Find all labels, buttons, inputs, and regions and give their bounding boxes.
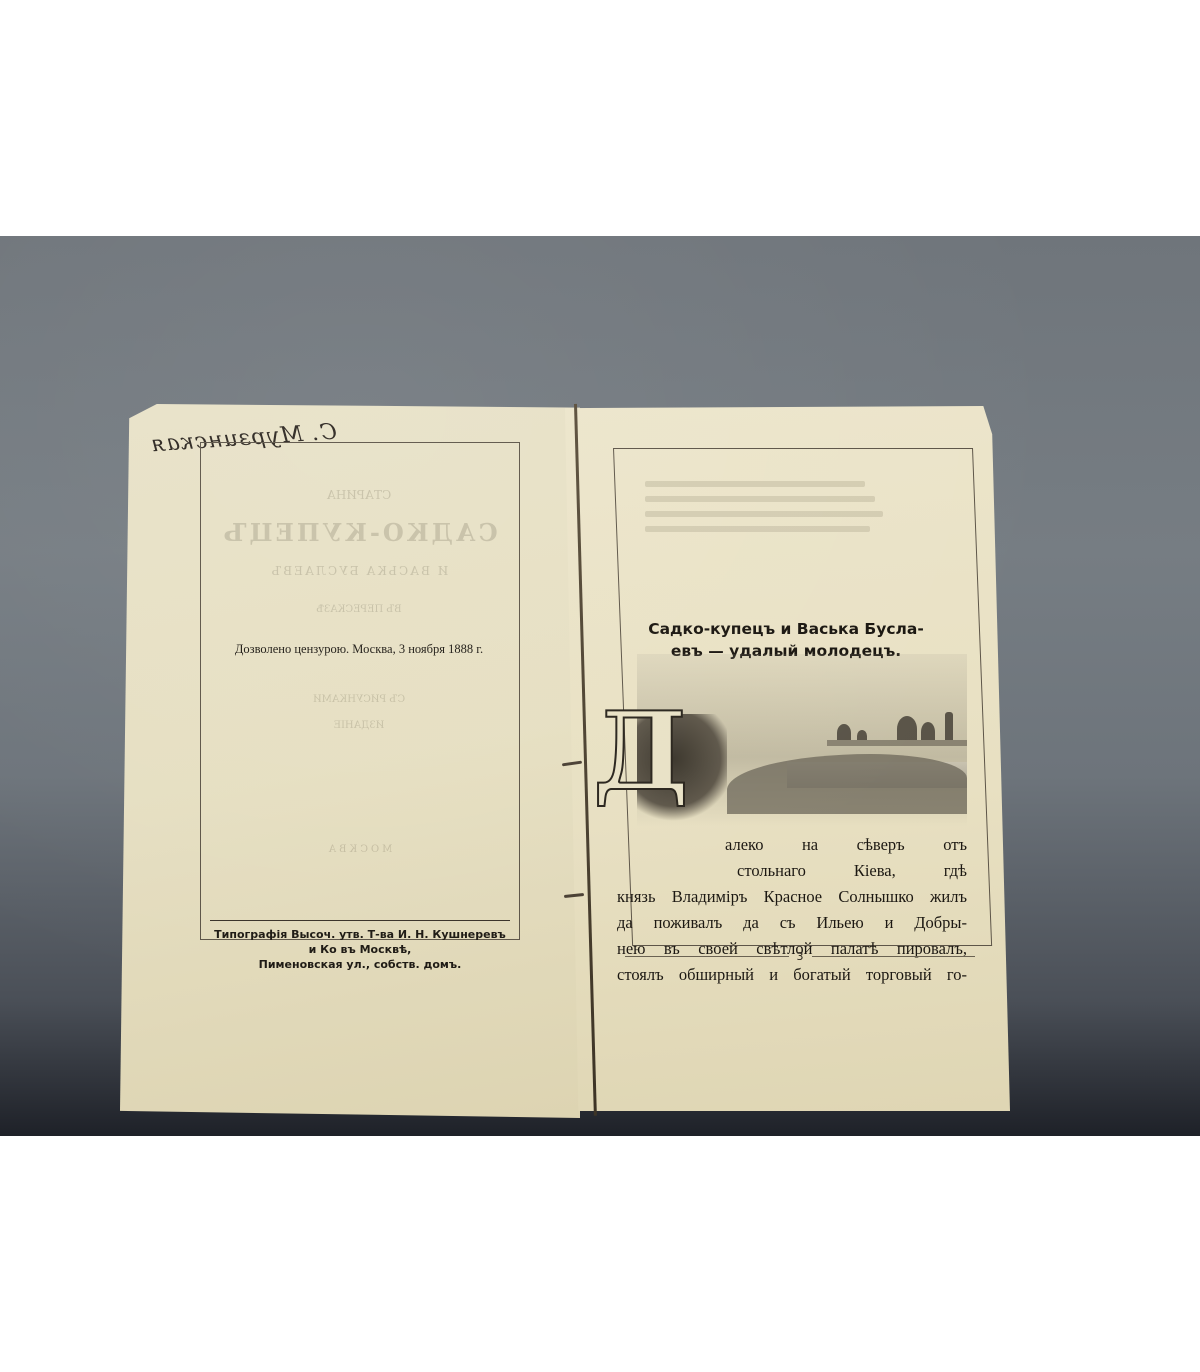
text-line: стольнаго Кіева, гдѣ	[737, 858, 967, 884]
text-line: алеко на сѣверъ отъ	[725, 832, 967, 858]
story-body-text: алеко на сѣверъ отъ стольнаго Кіева, гдѣ…	[617, 832, 967, 988]
page-number-footer: 3	[625, 950, 975, 963]
left-page: С. Мурзинская СТАРИНА САДКО-КУПЕЦЪ И ВАС…	[120, 404, 580, 1118]
bleed-through-lines	[645, 472, 895, 541]
text-line: да поживалъ да съ Ильею и Добры-	[617, 910, 967, 936]
imprint-line-2: Пименовская ул., собств. домъ.	[210, 957, 510, 972]
bleed-through-text: СЪ РИСУНКАМИ	[200, 694, 518, 705]
left-page-frame	[200, 442, 520, 940]
drop-cap-letter: Д	[593, 698, 689, 806]
censorship-note: Дозволено цензурою. Москва, 3 ноября 188…	[200, 642, 518, 657]
title-line-1: Садко-купецъ и Васька Бусла-	[631, 618, 941, 640]
printer-imprint: Типографія Высоч. утв. Т-ва И. Н. Кушнер…	[210, 920, 510, 972]
bleed-through-text: СТАРИНА	[200, 488, 518, 502]
right-page: Садко-купецъ и Васька Бусла- евъ — удалы…	[565, 406, 1010, 1111]
text-line: князь Владиміръ Красное Солнышко жилъ	[617, 884, 967, 910]
bleed-through-text: ВЪ ПЕРЕСКАЗѢ	[200, 604, 518, 615]
page-number: 3	[797, 950, 804, 963]
bleed-through-text: И ВАСЬКА БУСЛАЕВЪ	[200, 564, 518, 578]
bleed-through-text: МОСКВА	[200, 844, 518, 855]
text-line: стоялъ обширный и богатый торговый го-	[617, 962, 967, 988]
bleed-through-title: САДКО-КУПЕЦЪ	[200, 518, 518, 547]
imprint-line-1: Типографія Высоч. утв. Т-ва И. Н. Кушнер…	[210, 927, 510, 957]
bleed-through-text: ИЗДАНІЕ	[200, 720, 518, 731]
photo-background: С. Мурзинская СТАРИНА САДКО-КУПЕЦЪ И ВАС…	[0, 236, 1200, 1136]
